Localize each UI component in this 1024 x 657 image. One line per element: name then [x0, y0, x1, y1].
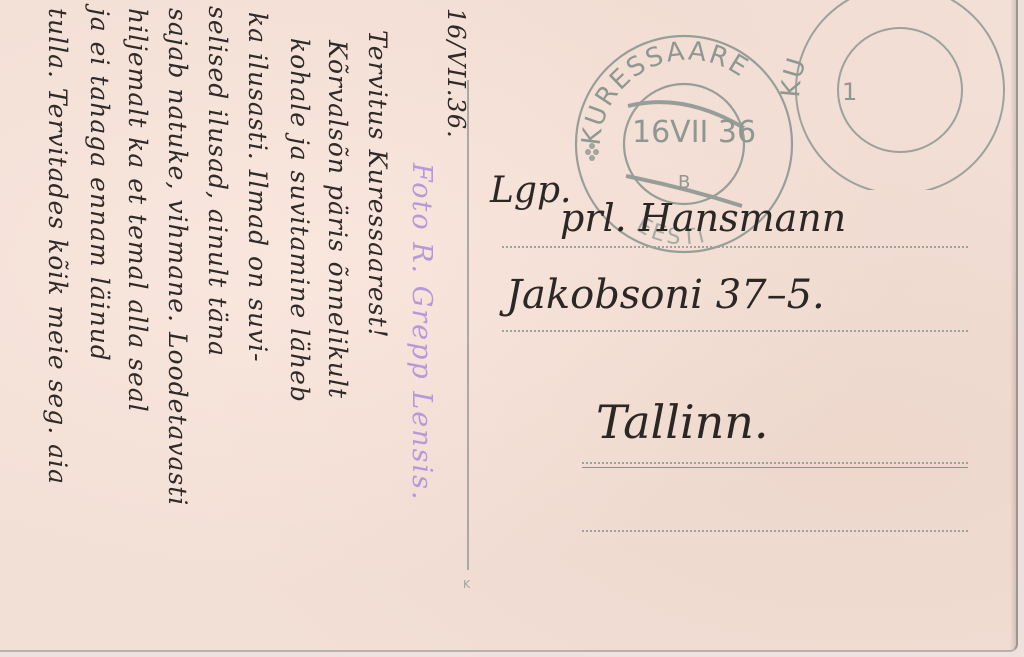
- address-line-3: [582, 462, 968, 464]
- address-city: Tallinn.: [596, 395, 769, 449]
- postmark-partial-fragment: 1: [842, 78, 857, 106]
- postmark-date: 16VII 36: [632, 115, 756, 150]
- divider-mark: K: [463, 578, 470, 591]
- message-line: Kõrvalsõn päris õnnelikult: [323, 40, 352, 399]
- postmark-ornament-icon: [585, 143, 599, 161]
- address-line-2: [502, 330, 968, 332]
- message-line: ka ilusasti. Ilmad on suvi-: [243, 12, 272, 363]
- postmark-partial-town: KU: [776, 53, 813, 99]
- message-date: 16/VII.36.: [442, 8, 470, 139]
- card-edge-shadow: [1010, 0, 1016, 650]
- postmark-series: B: [678, 172, 690, 193]
- message-line: Tervitus Kuressaarest!: [363, 30, 392, 339]
- svg-text:KU: KU: [776, 53, 813, 99]
- address-line-4: [582, 530, 968, 532]
- center-divider: [467, 80, 469, 570]
- message-line: hiljemalt ka et temal alla seal: [123, 8, 152, 413]
- address-recipient: prl. Hansmann: [560, 196, 846, 240]
- postcard-back: 16/VII.36. Tervitus Kuressaarest! Kõrval…: [0, 0, 1018, 652]
- message-line: selised ilusad, ainult täna: [203, 6, 232, 357]
- postmark-partial: KU 1: [770, 0, 1010, 190]
- address-street: Jakobsoni 37–5.: [506, 272, 825, 318]
- photographer-stamp: Foto R. Grepp Lensis.: [406, 163, 437, 502]
- message-line: kohale ja suvitamine läheb: [285, 38, 314, 403]
- message-line: tulla. Tervitades kõik meie seg. aia: [43, 8, 72, 485]
- message-line: ja ei tahaga ennam läinud: [85, 8, 114, 362]
- message-line: sajab natuke, vihmane. Loodetavasti: [163, 8, 192, 506]
- address-line-1: [502, 246, 968, 248]
